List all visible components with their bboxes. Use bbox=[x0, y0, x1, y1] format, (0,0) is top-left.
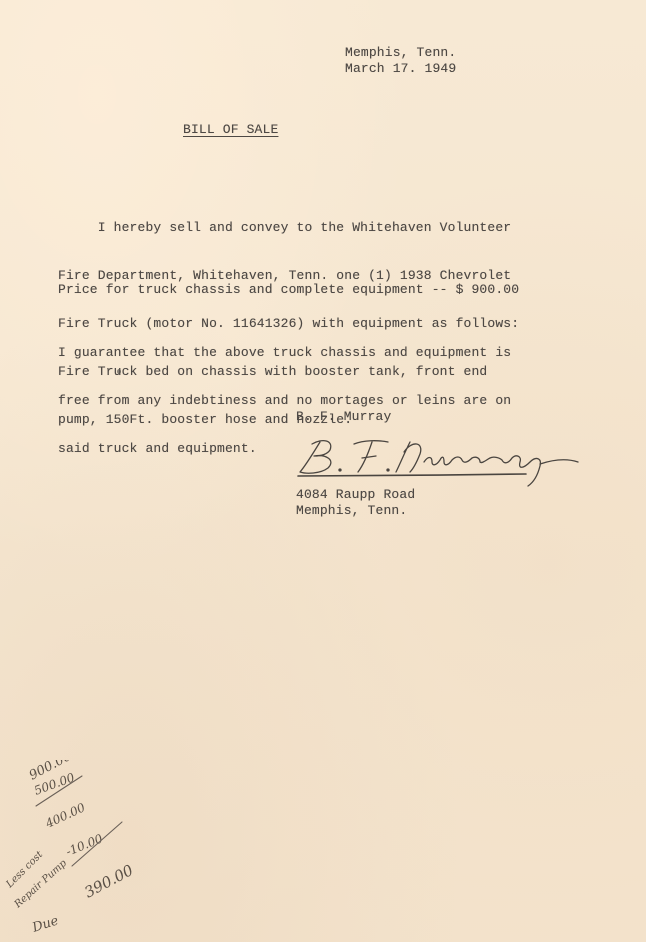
ink-spot bbox=[117, 369, 121, 374]
signer-typed-name: B. F. Murray bbox=[296, 409, 391, 425]
price-line: Price for truck chassis and complete equ… bbox=[58, 282, 519, 298]
hw-total-390: 390.00 bbox=[81, 861, 136, 902]
header-city: Memphis, Tenn. bbox=[345, 45, 456, 61]
hw-due: Due bbox=[30, 913, 61, 936]
body-line: I hereby sell and convey to the Whitehav… bbox=[58, 220, 519, 236]
guarantee-line: I guarantee that the above truck chassis… bbox=[58, 345, 511, 361]
header-date: March 17. 1949 bbox=[345, 61, 456, 77]
handwritten-signature bbox=[292, 430, 592, 490]
handwritten-notes: 900.00 500.00 400.00 -10.00 Less cost Re… bbox=[0, 760, 150, 942]
guarantee-line: free from any indebtiness and no mortage… bbox=[58, 393, 511, 409]
hw-400: 400.00 bbox=[42, 800, 87, 831]
document-page: Memphis, Tenn. March 17. 1949 BILL OF SA… bbox=[0, 0, 646, 942]
document-title: BILL OF SALE bbox=[183, 122, 278, 138]
address-line-1: 4084 Raupp Road bbox=[296, 487, 415, 503]
address-line-2: Memphis, Tenn. bbox=[296, 503, 407, 519]
